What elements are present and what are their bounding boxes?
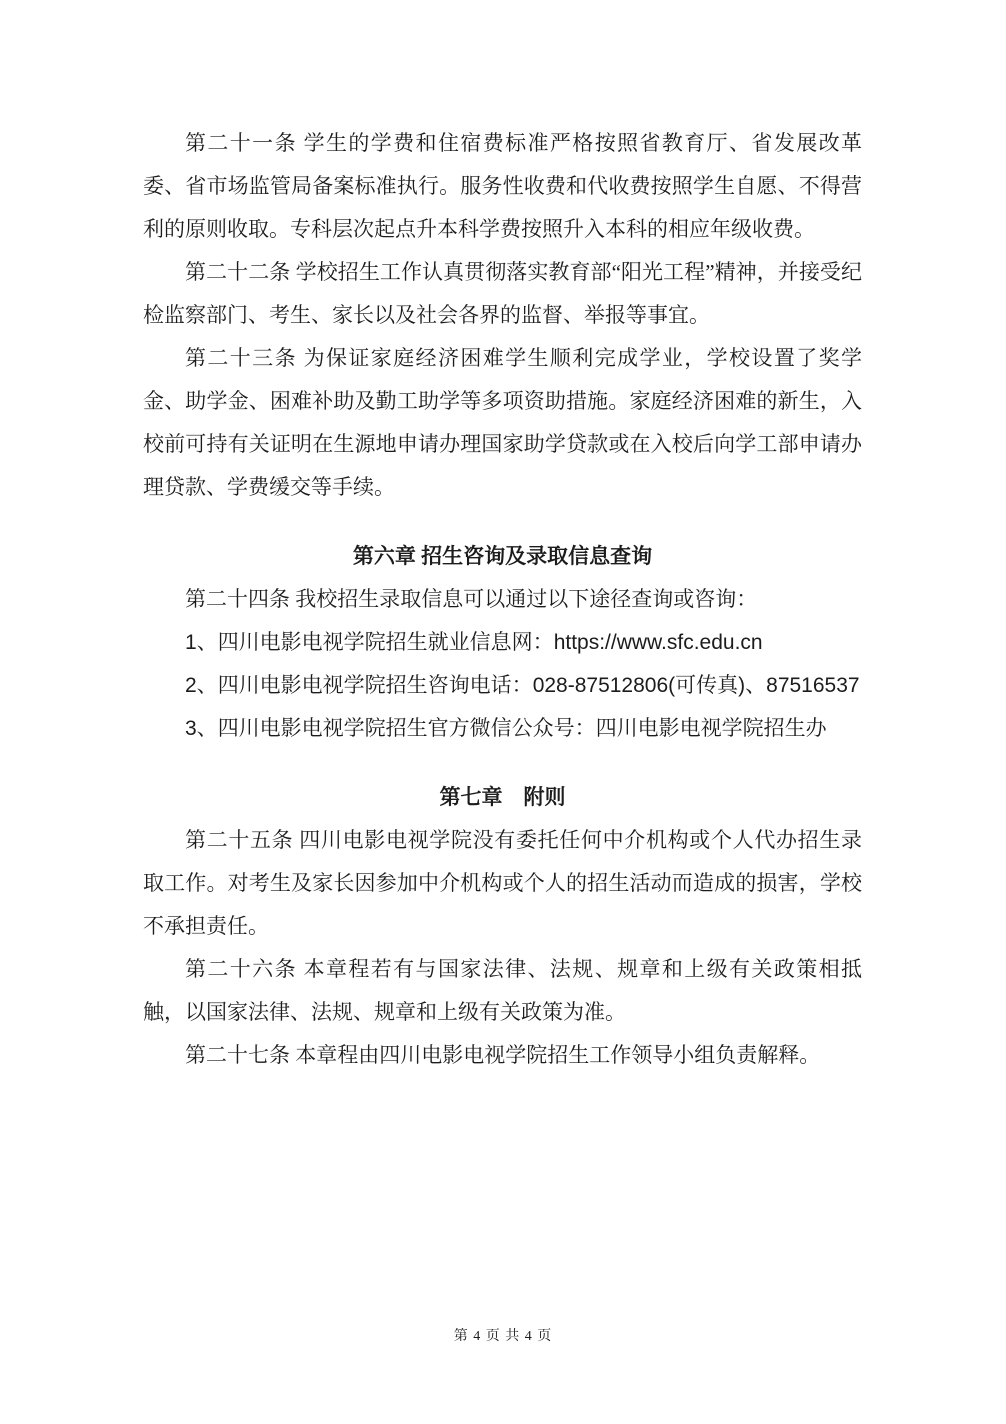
contact-item-website: 1、四川电影电视学院招生就业信息网：https://www.sfc.edu.cn bbox=[143, 621, 862, 664]
chapter-7-heading: 第七章 附则 bbox=[143, 776, 862, 819]
chapter-6-heading: 第六章 招生咨询及录取信息查询 bbox=[143, 535, 862, 578]
page-number-footer: 第 4 页 共 4 页 bbox=[0, 1326, 1006, 1348]
contact-item-wechat: 3、四川电影电视学院招生官方微信公众号：四川电影电视学院招生办 bbox=[143, 707, 862, 750]
article-27-paragraph: 第二十七条 本章程由四川电影电视学院招生工作领导小组负责解释。 bbox=[143, 1034, 862, 1077]
article-21-paragraph: 第二十一条 学生的学费和住宿费标准严格按照省教育厅、省发展改革委、省市场监管局备… bbox=[143, 122, 862, 251]
contact-item-phone: 2、四川电影电视学院招生咨询电话：028-87512806(可传真)、87516… bbox=[143, 664, 862, 707]
article-23-paragraph: 第二十三条 为保证家庭经济困难学生顺利完成学业，学校设置了奖学金、助学金、困难补… bbox=[143, 337, 862, 509]
contact-value-phone: 028-87512806(可传真)、87516537 bbox=[533, 674, 860, 697]
list-number: 1、 bbox=[185, 631, 218, 654]
article-25-paragraph: 第二十五条 四川电影电视学院没有委托任何中介机构或个人代办招生录取工作。对考生及… bbox=[143, 819, 862, 948]
contact-label: 四川电影电视学院招生官方微信公众号： bbox=[218, 716, 596, 740]
contact-label: 四川电影电视学院招生就业信息网： bbox=[218, 630, 554, 654]
contact-label: 四川电影电视学院招生咨询电话： bbox=[218, 673, 533, 697]
document-page: 第二十一条 学生的学费和住宿费标准严格按照省教育厅、省发展改革委、省市场监管局备… bbox=[0, 0, 1006, 1424]
contact-value-url: https://www.sfc.edu.cn bbox=[554, 631, 763, 654]
article-24-paragraph: 第二十四条 我校招生录取信息可以通过以下途径查询或咨询： bbox=[143, 578, 862, 621]
document-body: 第二十一条 学生的学费和住宿费标准严格按照省教育厅、省发展改革委、省市场监管局备… bbox=[143, 122, 862, 1077]
list-number: 3、 bbox=[185, 717, 218, 740]
article-26-paragraph: 第二十六条 本章程若有与国家法律、法规、规章和上级有关政策相抵触，以国家法律、法… bbox=[143, 948, 862, 1034]
list-number: 2、 bbox=[185, 674, 218, 697]
article-22-paragraph: 第二十二条 学校招生工作认真贯彻落实教育部“阳光工程”精神，并接受纪检监察部门、… bbox=[143, 251, 862, 337]
contact-value-wechat: 四川电影电视学院招生办 bbox=[596, 716, 827, 740]
